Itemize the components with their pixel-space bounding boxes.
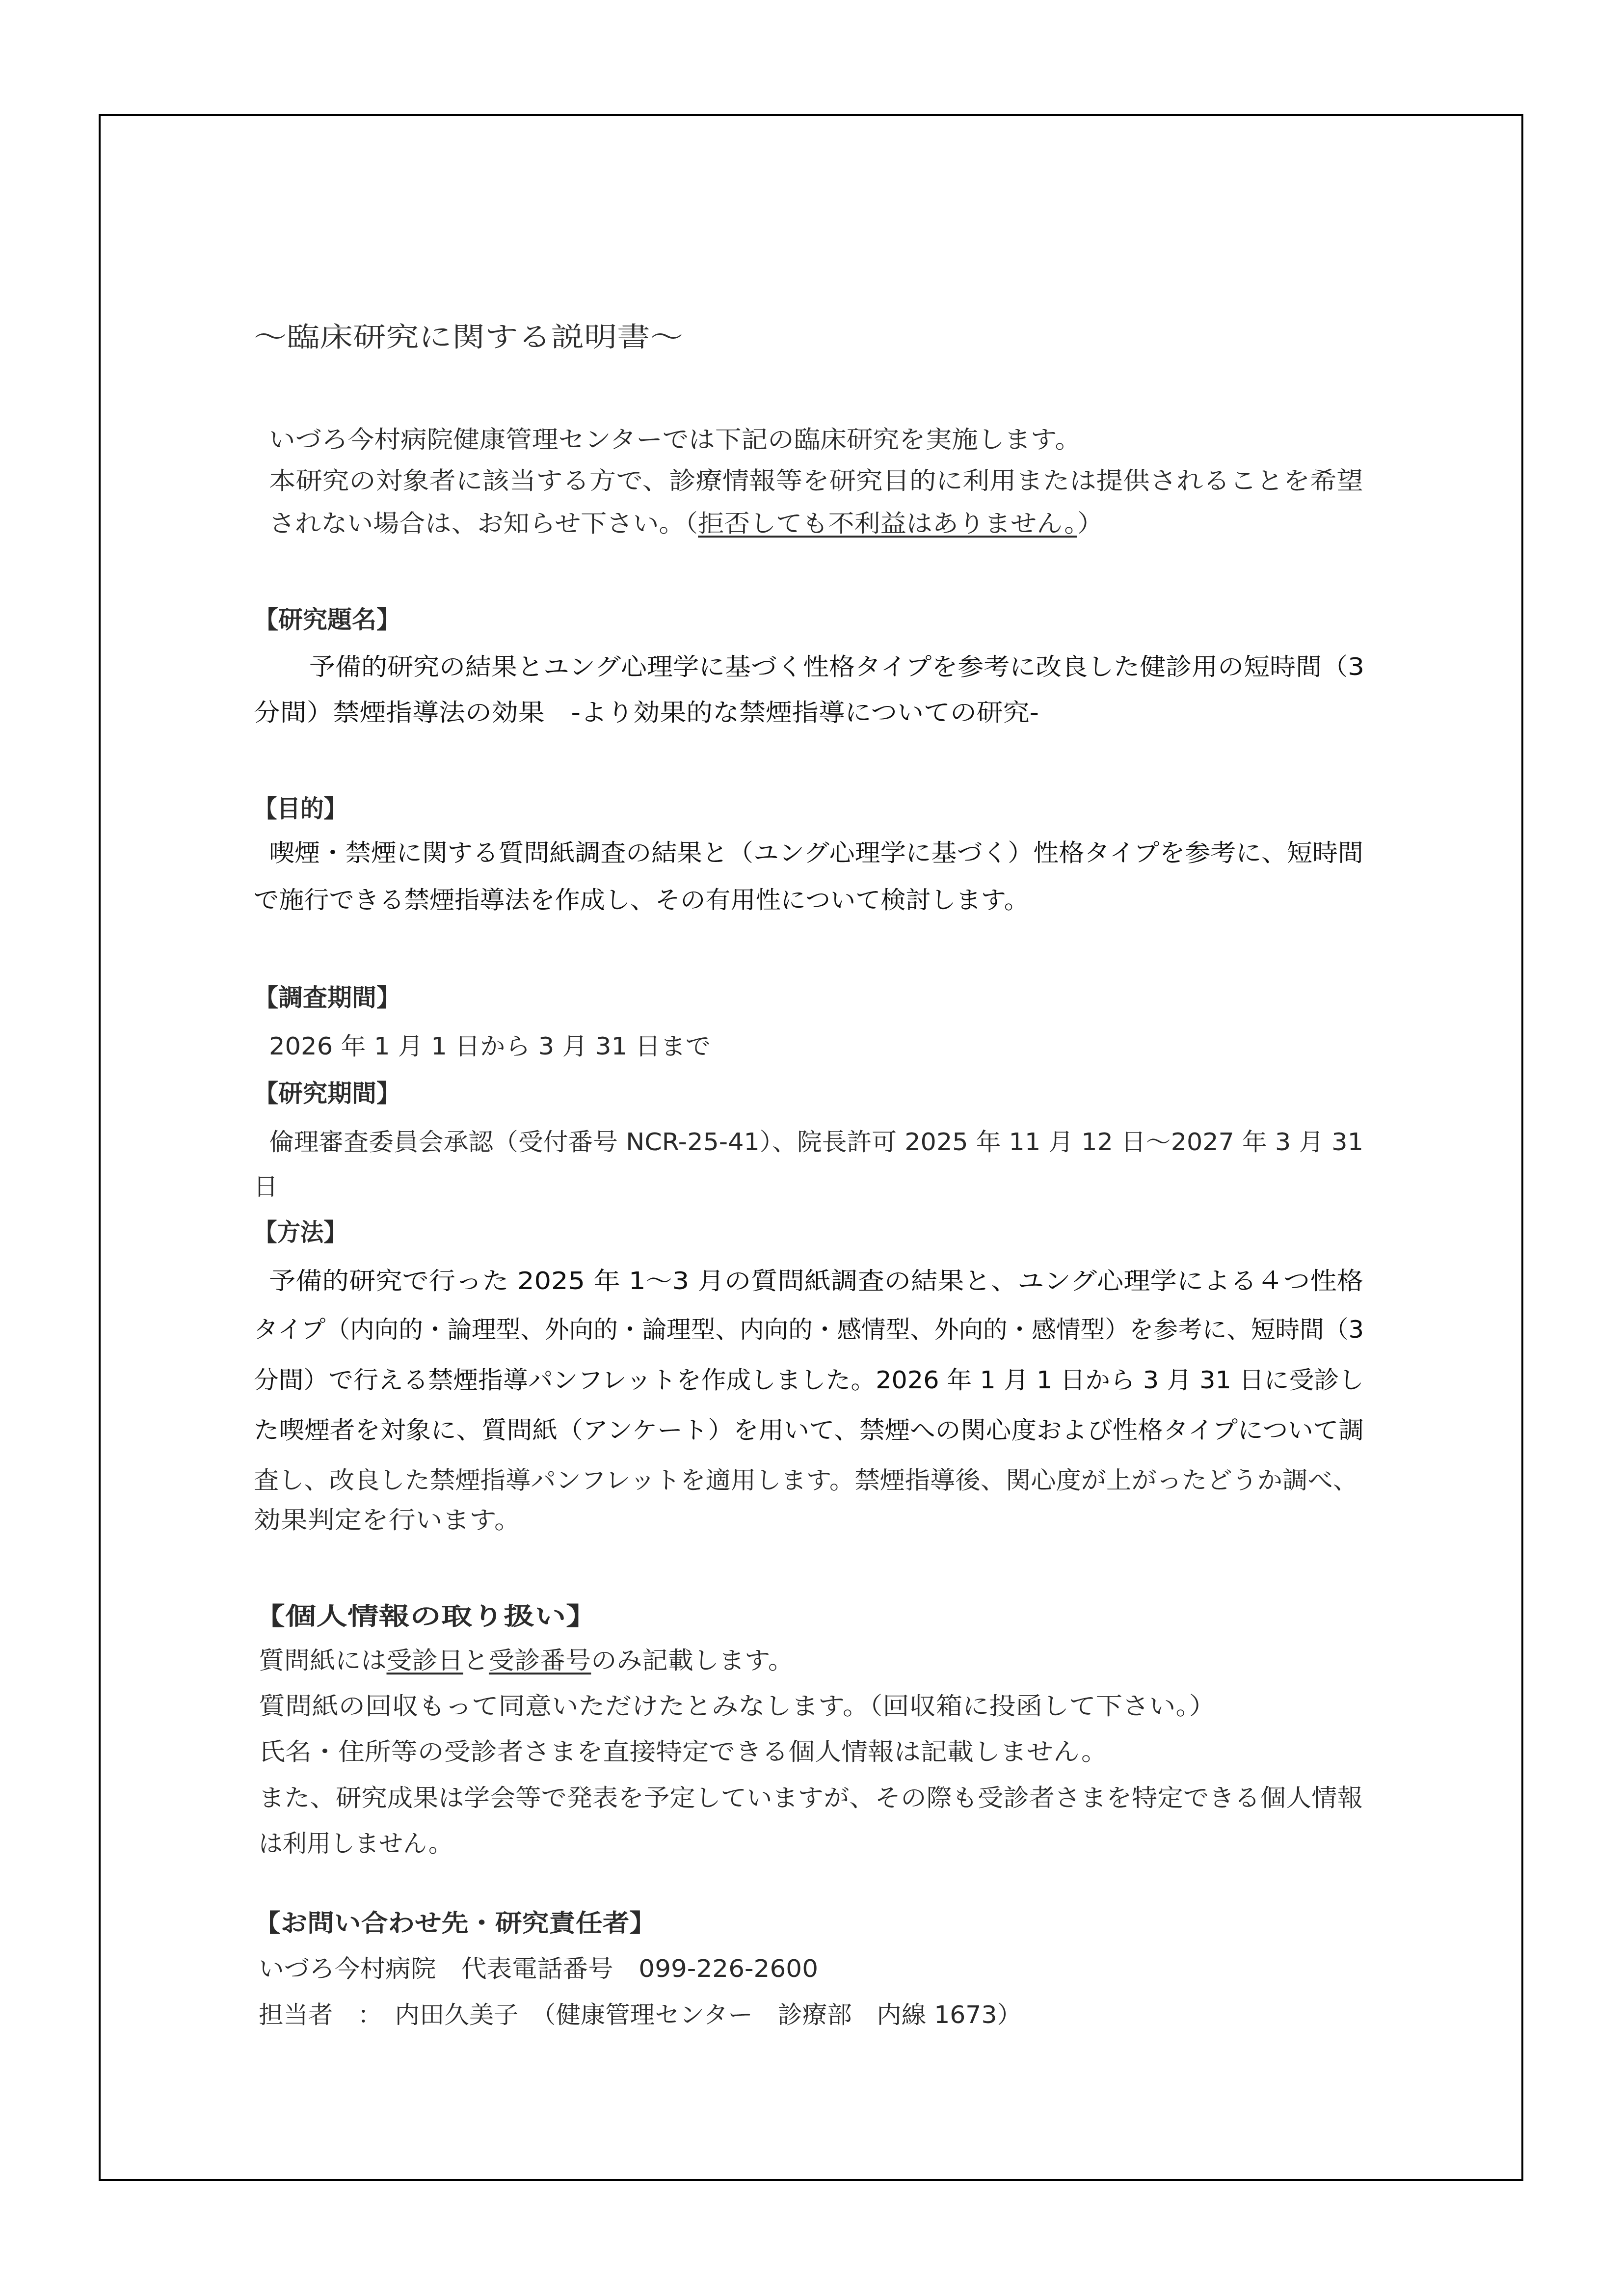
method-line-6: 効果判定を行います。 [254, 1506, 492, 1535]
method-line-5: 査し、改良した禁煙指導パンフレットを適用します。禁煙指導後、関心度が上がったどう… [254, 1466, 1309, 1495]
method-line-4: た喫煙者を対象に、質問紙（アンケート）を用いて、禁煙への関心度および性格タイプに… [254, 1416, 1308, 1445]
privacy-text-and: と [463, 1647, 489, 1675]
privacy-text: 質問紙には [259, 1647, 387, 1675]
privacy-text-suffix: のみ記載します。 [591, 1647, 794, 1675]
contact-person: 担当者 ： 内田久美子 （健康管理センター 診療部 内線 1673） [259, 2000, 1000, 2030]
privacy-line-2: 質問紙の回収もって同意いただけたとみなします。（回収箱に投函して下さい。） [259, 1692, 1122, 1721]
section-heading-privacy: 【個人情報の取り扱い】 [254, 1602, 518, 1631]
method-line-1: 予備的研究で行った 2025 年 1～3 月の質問紙調査の結果と、ユング心理学に… [269, 1267, 1256, 1296]
section-heading-contact: 【お問い合わせ先・研究責任者】 [254, 1909, 614, 1938]
privacy-line-1: 質問紙には受診日と受診番号のみ記載します。 [259, 1646, 762, 1675]
contact-hospital-phone: いづろ今村病院 代表電話番号 099-226-2600 [259, 1954, 790, 1984]
section-heading-study-title: 【研究題名】 [254, 605, 398, 635]
study-title-line-2: 分間）禁煙指導法の効果 -より効果的な禁煙指導についての研究- [254, 698, 968, 728]
section-heading-purpose: 【目的】 [254, 794, 350, 824]
section-heading-survey-period: 【調査期間】 [254, 983, 398, 1013]
intro-notice-text: されない場合は、お知らせ下さい。（ [269, 510, 698, 538]
method-line-2: タイプ（内向的・論理型、外向的・論理型、内向的・感情型、外向的・感情型）を参考に… [254, 1315, 1350, 1345]
intro-line-3: されない場合は、お知らせ下さい。（拒否しても不利益はありません。） [269, 509, 1039, 539]
intro-close-paren: ） [1077, 510, 1103, 538]
study-period-line-2: 日 [254, 1172, 278, 1202]
privacy-line-4: また、研究成果は学会等で発表を予定していますが、その際も受診者さまを特定できる個… [259, 1783, 1293, 1813]
section-heading-method: 【方法】 [254, 1218, 350, 1247]
purpose-line-2: で施行できる禁煙指導法を作成し、その有用性について検討します。 [254, 886, 997, 915]
visit-date-term: 受診日 [387, 1647, 463, 1675]
purpose-line-1: 喫煙・禁煙に関する質問紙調査の結果と（ユング心理学に基づく）性格タイプを参考に、… [269, 838, 1302, 868]
no-disadvantage-note: 拒否しても不利益はありません。 [698, 510, 1077, 538]
method-line-3: 分間）で行える禁煙指導パンフレットを作成しました。2026 年 1 月 1 日か… [254, 1366, 1325, 1395]
privacy-line-3: 氏名・住所等の受診者さまを直接特定できる個人情報は記載しません。 [259, 1737, 1030, 1767]
section-heading-study-period: 【研究期間】 [254, 1079, 398, 1108]
study-period-line-1: 倫理審査委員会承認（受付番号 NCR-25-41）、院長許可 2025 年 11… [269, 1128, 1325, 1157]
study-title-line-1: 予備的研究の結果とユング心理学に基づく性格タイプを参考に改良した健診用の短時間（… [309, 652, 1285, 682]
document-title: ～臨床研究に関する説明書～ [254, 321, 605, 353]
intro-line-1: いづろ今村病院健康管理センターでは下記の臨床研究を実施します。 [269, 425, 1011, 455]
intro-line-2: 本研究の対象者に該当する方で、診療情報等を研究目的に利用または提供されることを希… [269, 466, 1254, 496]
visit-number-term: 受診番号 [489, 1647, 591, 1675]
privacy-line-5: は利用しません。 [259, 1829, 452, 1859]
survey-period-value: 2026 年 1 月 1 日から 3 月 31 日まで [269, 1032, 692, 1061]
